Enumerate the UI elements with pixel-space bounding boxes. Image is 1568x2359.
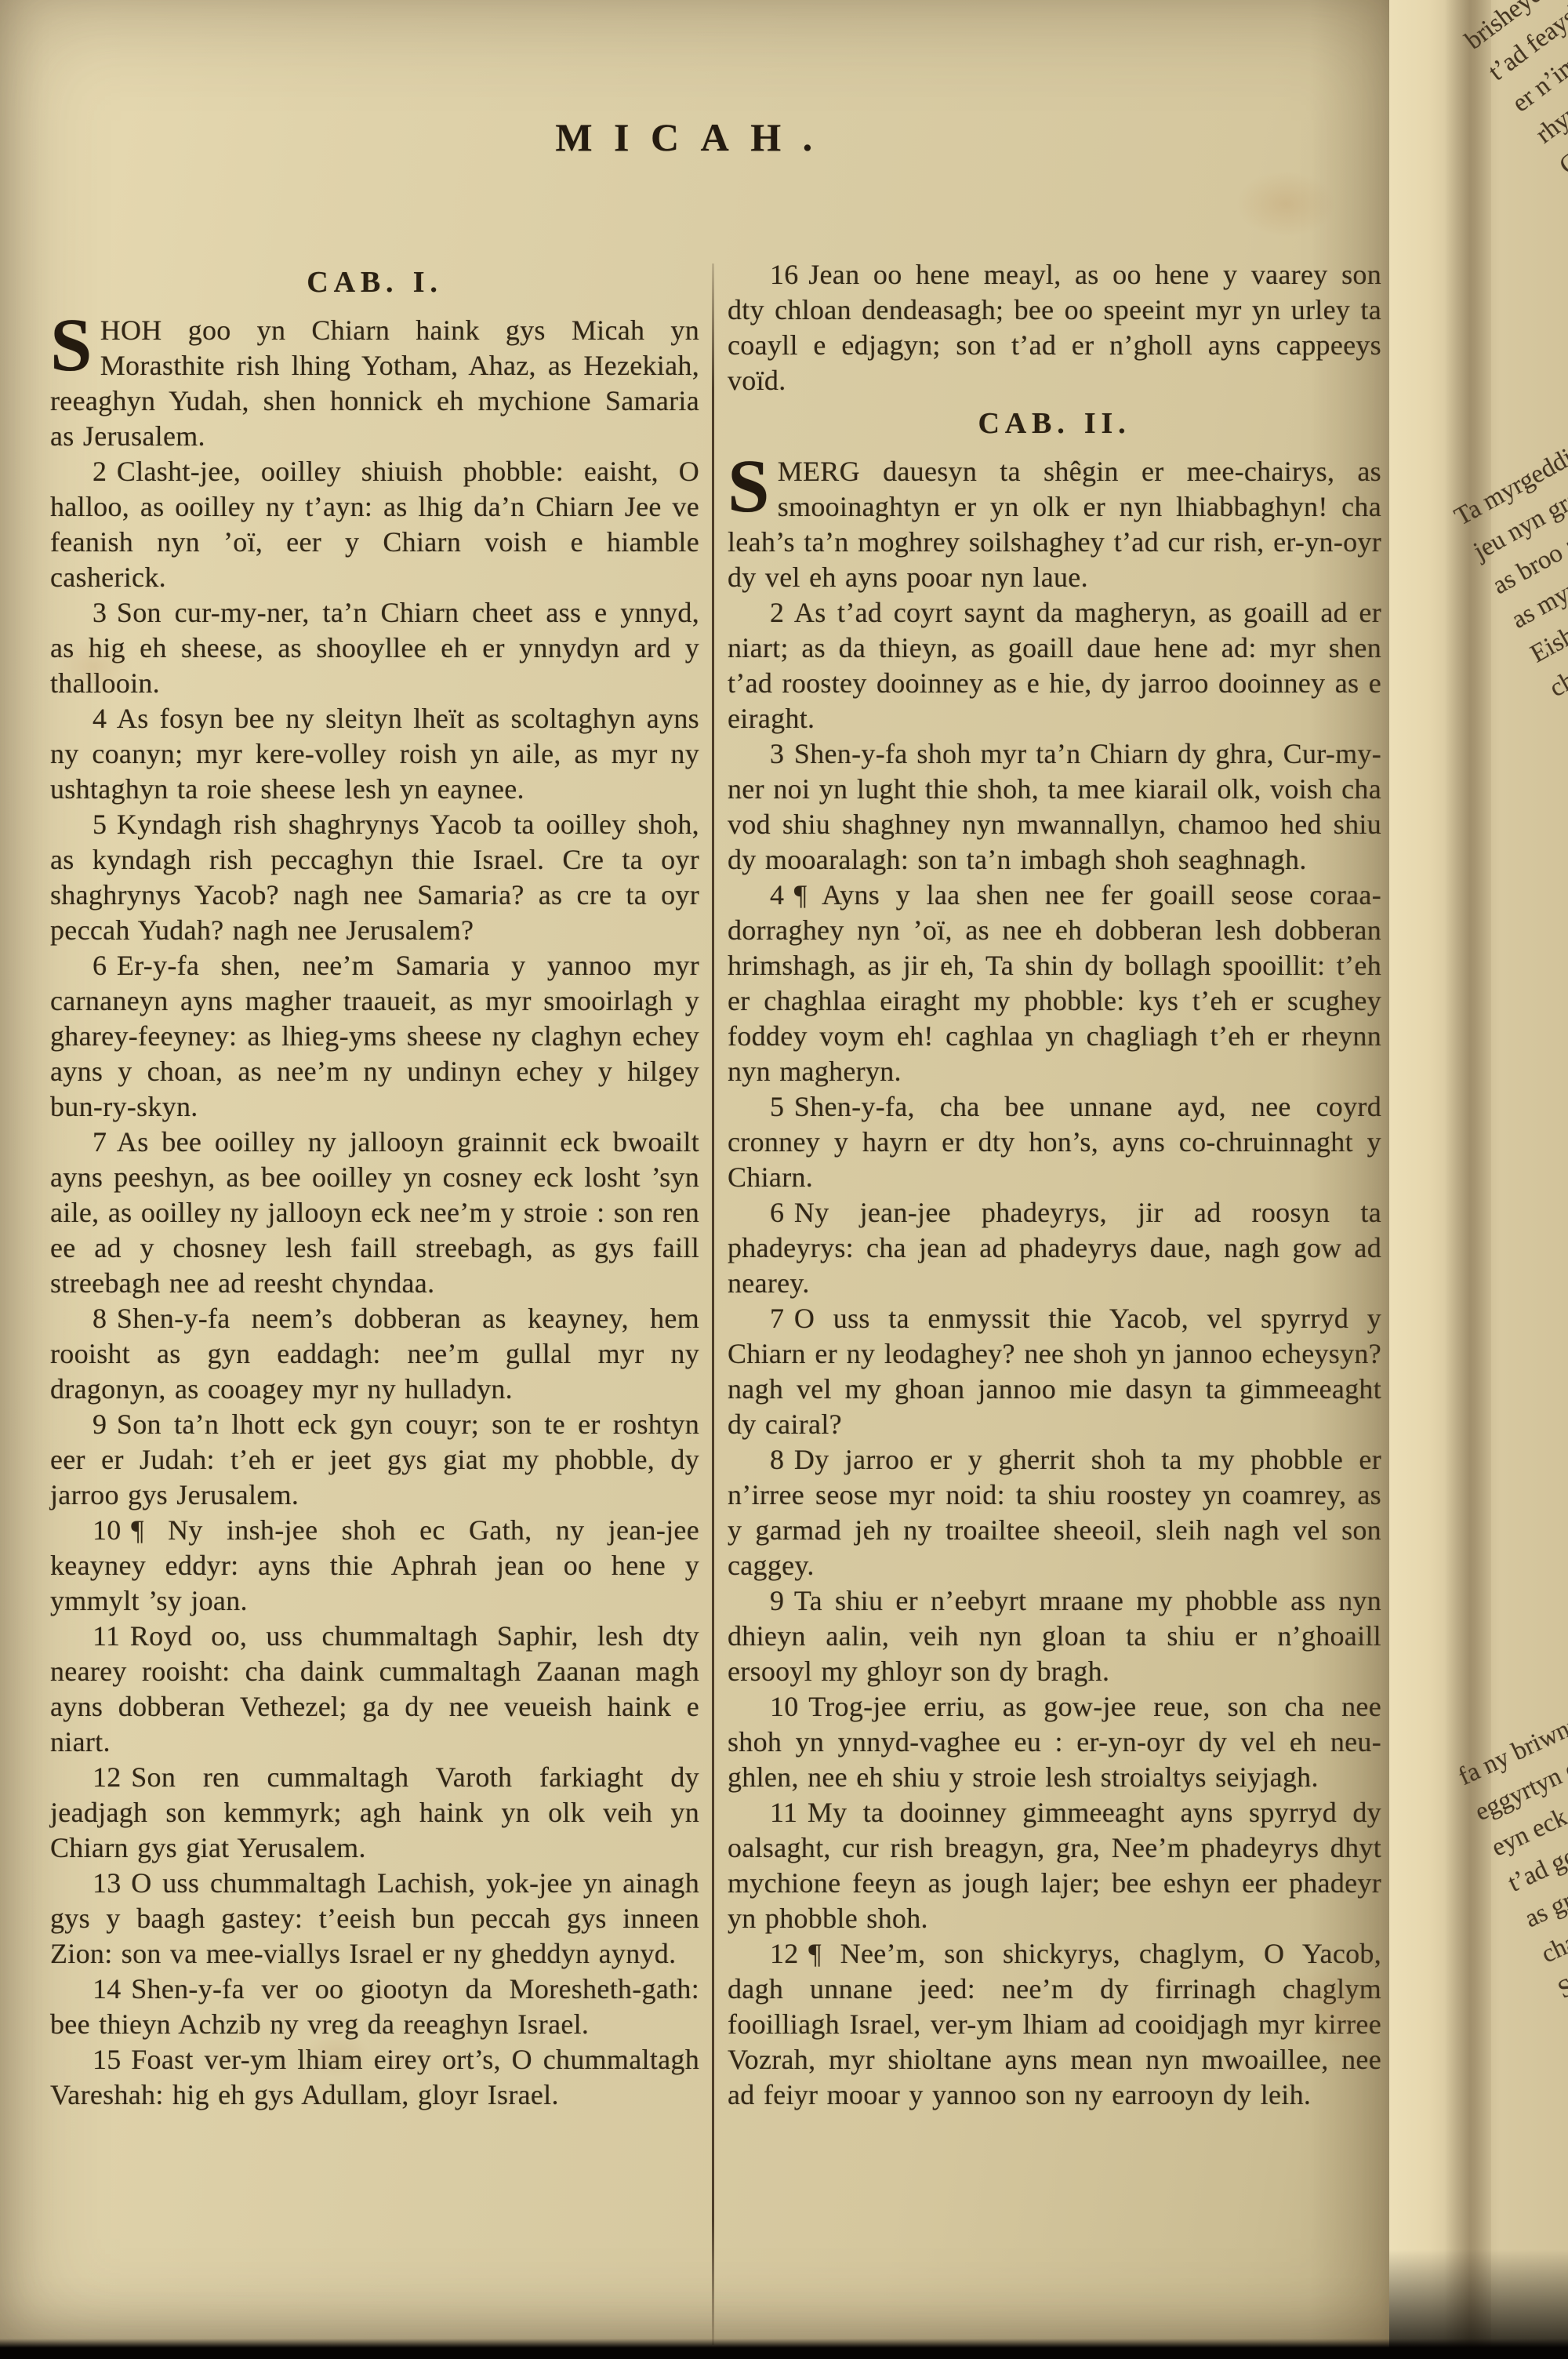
verse-number: 16 [770, 259, 799, 290]
verse-text: ¶ Ayns y laa shen nee fer goaill seose c… [728, 879, 1381, 1087]
verse-text: Son cur-my-ner, ta’n Chiarn cheet ass e … [50, 597, 699, 699]
verse: 4As fosyn bee ny sleityn lheït as scolta… [50, 701, 699, 807]
verse-number: 4 [770, 879, 784, 911]
curled-text-bottom: fa ny briwnyn ec eggyrtyn eck gy eyn eck… [1452, 1555, 1568, 2329]
verse-number: 4 [93, 703, 107, 734]
verse-number: 9 [93, 1408, 107, 1440]
verse-text: ¶ Nee’m, son shickyrys, chaglym, O Yacob… [728, 1938, 1381, 2110]
next-page-curled-edge: brisheyd t’ad feayshlit, as er er n’imme… [1389, 0, 1568, 2359]
curled-text-line: jeu nyn grackan, as [1466, 300, 1568, 570]
verse-number: 12 [93, 1761, 122, 1793]
verse-text: Son ta’n lhott eck gyn couyr; son te er … [50, 1408, 699, 1510]
verse-text: As t’ad coyrt saynt da magheryn, as goai… [728, 597, 1381, 734]
verse: 5Shen-y-fa, cha bee unnane ayd, nee coyr… [728, 1089, 1381, 1195]
verse: 15Foast ver-ym lhiam eirey ort’s, O chum… [50, 2042, 699, 2113]
book-title: MICAH. [0, 114, 1389, 160]
verse-number: 7 [93, 1126, 107, 1158]
verse: 13O uss chummaltagh Lachish, yok-jee yn … [50, 1866, 699, 1972]
verse-text: Shen-y-fa neem’s dobberan as keayney, he… [50, 1303, 699, 1405]
chapter-heading-cab-2: CAB. II. [728, 406, 1381, 442]
verse-number: 10 [770, 1691, 799, 1722]
verse-number: 3 [93, 597, 107, 628]
book-page: MICAH. CAB. I. SHOH goo yn Chiarn haink … [0, 0, 1411, 2359]
verse-text: My ta dooinney gimmeeaght ayns spyrryd d… [728, 1797, 1381, 1934]
verse: 3Shen-y-fa shoh myr ta’n Chiarn dy ghra,… [728, 736, 1381, 878]
verse-list-cab-1: 2Clasht-jee, ooilley shiuish phobble: ea… [50, 454, 699, 2113]
verse-list-cab-2: 2As t’ad coyrt saynt da magheryn, as goa… [728, 595, 1381, 2113]
verse-number: 5 [770, 1091, 784, 1122]
book-photo: MICAH. CAB. I. SHOH goo yn Chiarn haink … [0, 0, 1568, 2359]
curled-text-middle: Ta myrgeddin gee feill jeu nyn grackan, … [1447, 266, 1568, 1667]
drop-cap: S [728, 454, 778, 515]
photo-bottom-edge [0, 2339, 1568, 2359]
verse: 6Er-y-fa shen, nee’m Samaria y yannoo my… [50, 948, 699, 1125]
verse-text: HOH goo yn Chiarn haink gys Micah yn Mor… [50, 314, 699, 452]
verse: 14Shen-y-fa ver oo giootyn da Moresheth-… [50, 1972, 699, 2042]
verse-text: Shen-y-fa shoh myr ta’n Chiarn dy ghra, … [728, 738, 1381, 875]
verse-text: Royd oo, uss chummaltagh Saphir, lesh dt… [50, 1620, 699, 1757]
verse: 12¶ Nee’m, son shickyrys, chaglym, O Yac… [728, 1936, 1381, 2113]
verse: 2As t’ad coyrt saynt da magheryn, as goa… [728, 595, 1381, 736]
verse-number: 5 [93, 809, 107, 840]
verse: 11Royd oo, uss chummaltagh Saphir, lesh … [50, 1619, 699, 1760]
verse: 9Son ta’n lhott eck gyn couyr; son te er… [50, 1407, 699, 1513]
verse-text: Kyndagh rish shaghrynys Yacob ta ooilley… [50, 809, 699, 946]
verse: 5Kyndagh rish shaghrynys Yacob ta ooille… [50, 807, 699, 948]
verse-text: Shen-y-fa ver oo giootyn da Moresheth-ga… [50, 1973, 699, 2040]
verse-number: 9 [770, 1585, 784, 1616]
verse-text: O uss ta enmyssit thie Yacob, vel spyrry… [728, 1303, 1381, 1440]
verse-number: 2 [93, 456, 107, 487]
verse: 7O uss ta enmyssit thie Yacob, vel spyrr… [728, 1301, 1381, 1442]
verse: SHOH goo yn Chiarn haink gys Micah yn Mo… [50, 313, 699, 454]
verse-text: Dy jarroo er y gherrit shoh ta my phobbl… [728, 1444, 1381, 1581]
verse-number: 6 [93, 950, 107, 981]
verse-number: 3 [770, 738, 784, 769]
verse-number: 2 [770, 597, 784, 628]
verse-number: 11 [93, 1620, 120, 1652]
curled-text-line: eggyrtyn eck gy [1468, 1590, 1568, 1831]
verse-text: Trog-jee erriu, as gow-jee reue, son cha… [728, 1691, 1381, 1793]
verse: 11My ta dooinney gimmeeaght ayns spyrryd… [728, 1795, 1381, 1936]
drop-cap: S [50, 313, 100, 374]
verse: SMERG dauesyn ta shêgin er mee-chairys, … [728, 454, 1381, 595]
verse: 16Jean oo hene meayl, as oo hene y vaare… [728, 257, 1381, 398]
verse-number: 11 [770, 1797, 797, 1828]
verse: 7As bee ooilley ny jallooyn grainnit eck… [50, 1125, 699, 1301]
verse: 12Son ren cummaltagh Varoth farkiaght dy… [50, 1760, 699, 1866]
verse-text: As bee ooilley ny jallooyn grainnit eck … [50, 1126, 699, 1299]
verse-text: Ta shiu er n’eebyrt mraane my phobble as… [728, 1585, 1381, 1687]
verse-text: Clasht-jee, ooilley shiuish phobble: eai… [50, 456, 699, 593]
verse-number: 15 [93, 2044, 122, 2075]
right-column: 16Jean oo hene meayl, as oo hene y vaare… [728, 257, 1381, 2113]
verse: 8Dy jarroo er y gherrit shoh ta my phobb… [728, 1442, 1381, 1583]
verse-number: 7 [770, 1303, 784, 1334]
verse-text: MERG dauesyn ta shêgin er mee-chairys, a… [728, 456, 1381, 593]
curled-text-top: brisheyd t’ad feayshlit, as er er n’imme… [1457, 0, 1568, 404]
verse: 6Ny jean-jee phadeyrys, jir ad roosyn ta… [728, 1195, 1381, 1301]
verse: 10Trog-jee erriu, as gow-jee reue, son c… [728, 1689, 1381, 1795]
verse-number: 10 [93, 1514, 122, 1546]
verse-text: Foast ver-ym lhiam eirey ort’s, O chumma… [50, 2044, 699, 2110]
verse-number: 6 [770, 1197, 784, 1228]
verse: 4¶ Ayns y laa shen nee fer goaill seose … [728, 878, 1381, 1089]
verse-text: ¶ Ny insh-jee shoh ec Gath, ny jean-jee … [50, 1514, 699, 1616]
verse-text: O uss chummaltagh Lachish, yok-jee yn ai… [50, 1867, 699, 1969]
verse: 10¶ Ny insh-jee shoh ec Gath, ny jean-je… [50, 1513, 699, 1619]
verse-text: Jean oo hene meayl, as oo hene y vaarey … [728, 259, 1381, 396]
verse: 8Shen-y-fa neem’s dobberan as keayney, h… [50, 1301, 699, 1407]
verse-text: Ny jean-jee phadeyrys, jir ad roosyn ta … [728, 1197, 1381, 1299]
verse-number: 14 [93, 1973, 122, 2005]
verse-text: Shen-y-fa, cha bee unnane ayd, nee coyrd… [728, 1091, 1381, 1193]
verse: 3Son cur-my-ner, ta’n Chiarn cheet ass e… [50, 595, 699, 701]
verse-text: As fosyn bee ny sleityn lheït as scoltag… [50, 703, 699, 805]
column-divider-rule [712, 264, 714, 2345]
verse-number: 13 [93, 1867, 122, 1899]
verse-text: Er-y-fa shen, nee’m Samaria y yannoo myr… [50, 950, 699, 1122]
chapter-heading-cab-1: CAB. I. [50, 265, 699, 300]
verse-number: 12 [770, 1938, 799, 1969]
left-column: CAB. I. SHOH goo yn Chiarn haink gys Mic… [50, 257, 699, 2113]
verse: 2Clasht-jee, ooilley shiuish phobble: ea… [50, 454, 699, 595]
verse: 9Ta shiu er n’eebyrt mraane my phobble a… [728, 1583, 1381, 1689]
verse-text: Son ren cummaltagh Varoth farkiaght dy j… [50, 1761, 699, 1863]
verse-number: 8 [770, 1444, 784, 1475]
verse-number: 8 [93, 1303, 107, 1334]
